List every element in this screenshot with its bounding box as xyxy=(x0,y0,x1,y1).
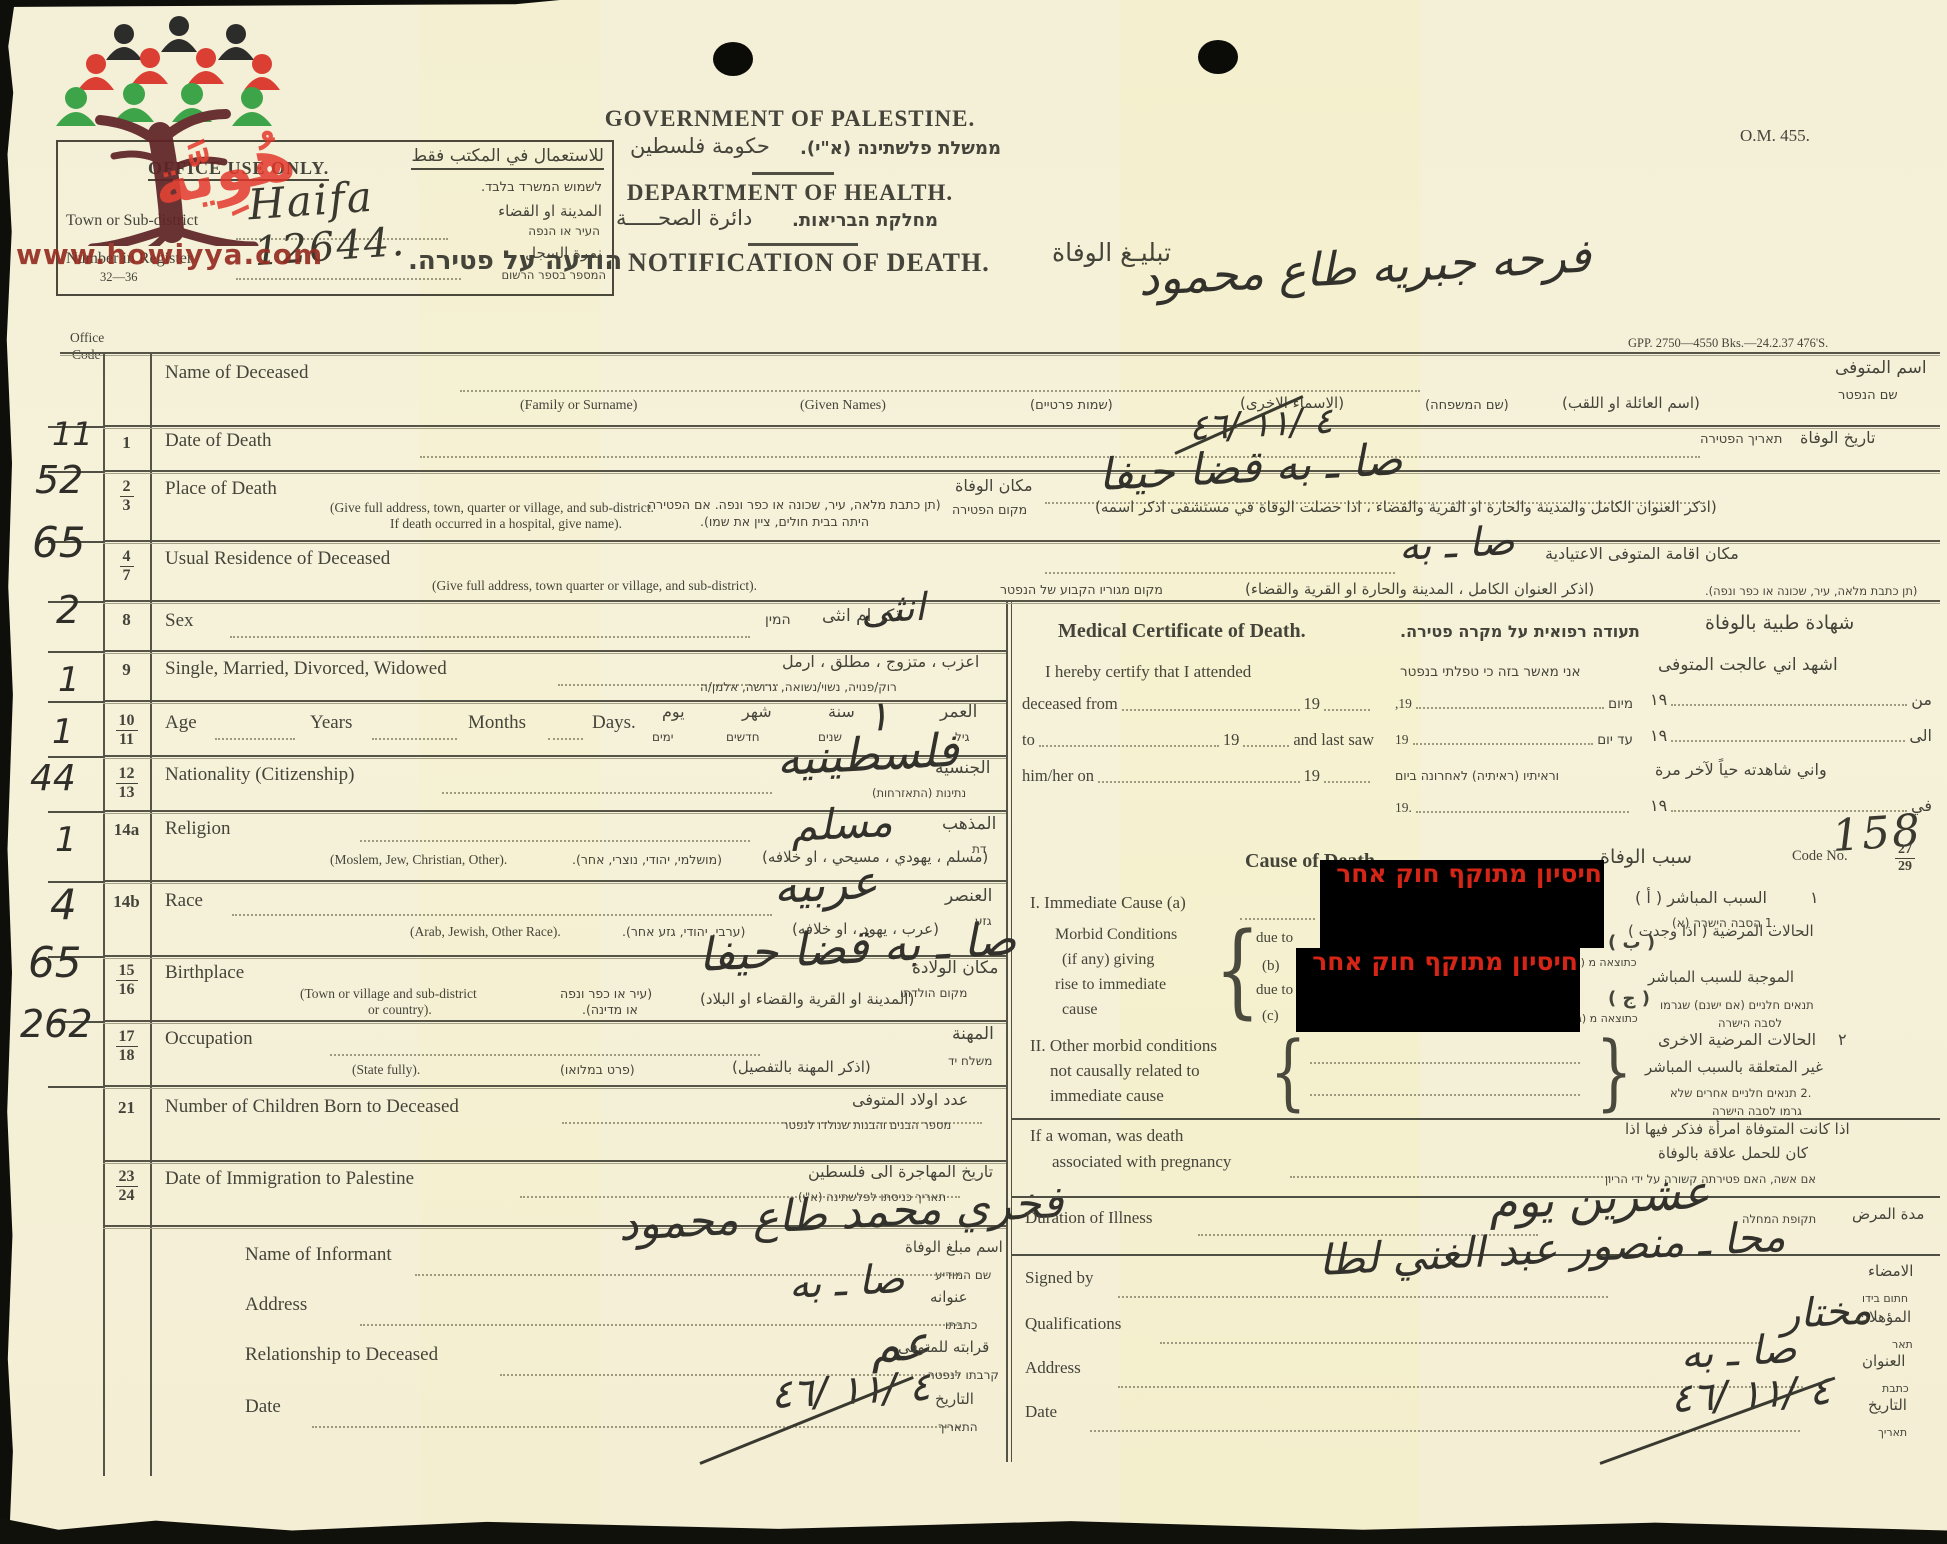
informant-address-label-ar: عنوانه xyxy=(930,1288,968,1306)
row-number: 12 13 xyxy=(103,765,150,802)
med-from-label-he: מיום xyxy=(1608,696,1633,712)
med-certify-ar: اشهد اني عالجت المتوفى xyxy=(1658,655,1838,675)
qualifications-label-en: Qualifications xyxy=(1025,1314,1121,1334)
age-day-ar: يوم xyxy=(662,702,685,721)
med-from-row-en: deceased from 19 xyxy=(1022,694,1374,714)
occupation-sub-ar: (اذكر المهنة بالتفصيل) xyxy=(732,1058,871,1076)
race-value: عربيه xyxy=(772,855,879,914)
name-sub-family-en: (Family or Surname) xyxy=(520,398,637,414)
residence-value: صا ـ به xyxy=(1398,518,1516,570)
margin-sep xyxy=(48,701,103,703)
name-sub-family-he: (שם המשפחה) xyxy=(1425,398,1509,413)
woman-label-ar-1: اذا كانت المتوفاة امرأة فذكر فيها اذا xyxy=(1625,1120,1850,1138)
religion-label-he: דת xyxy=(972,842,986,856)
nationality-line xyxy=(442,792,772,794)
med-to-label-en: to xyxy=(1022,730,1035,750)
med-him-19: 19 xyxy=(1304,766,1321,786)
register-label-he: המספר בספר הרשום xyxy=(502,268,606,282)
other-morbid-he-1: .2 תנאים חלניים אחרים שלא xyxy=(1670,1086,1811,1100)
age-line xyxy=(548,738,583,740)
residence-label-ar: مكان اقامة المتوفى الاعتيادية xyxy=(1545,544,1739,563)
dotted-fill xyxy=(1416,697,1604,709)
torn-edge-bottom xyxy=(0,1518,1947,1544)
woman-label-en-2: associated with pregnancy xyxy=(1052,1152,1231,1172)
row-number-bottom: 24 xyxy=(103,1187,150,1205)
birthplace-sub-he-2: או מדינה). xyxy=(582,1002,638,1017)
morbid-he-1: תנאים חלניים (אם ישנם) שגרמו xyxy=(1660,998,1814,1012)
form-title-en: NOTIFICATION OF DEATH. xyxy=(628,248,990,278)
dotted-fill xyxy=(1671,694,1907,706)
code-usual-residence: 65 xyxy=(32,518,85,567)
code-birthplace: 65 xyxy=(28,938,81,987)
age-line xyxy=(372,738,457,740)
divider-rule xyxy=(752,172,834,175)
name-sub-given-en: (Given Names) xyxy=(800,398,886,414)
divider-rule xyxy=(748,243,858,246)
cause-code-fraction: 27 29 xyxy=(1885,842,1925,875)
sex-label-he: המין xyxy=(765,612,791,628)
row-number: 14b xyxy=(103,892,150,912)
informant-date-value: ٤ /١١ /٤٦ xyxy=(770,1364,932,1418)
med-to-label-he: עד יום xyxy=(1597,732,1633,748)
code-marital: 1 xyxy=(58,660,80,700)
sex-label-en: Sex xyxy=(165,610,194,632)
med-to-19-ar: ١٩ xyxy=(1650,726,1667,745)
table-vline xyxy=(103,352,105,1476)
name-line xyxy=(460,390,1420,392)
med-certify-en: I hereby certify that I attended xyxy=(1045,662,1251,682)
row-number-top: 12 xyxy=(116,765,138,784)
dotted-fill xyxy=(1413,733,1594,745)
nationality-value: فلسطينيه xyxy=(775,723,960,786)
name-label-ar: اسم المتوفى xyxy=(1835,358,1927,378)
age-years-en: Years xyxy=(310,712,352,734)
immediate-cause-label-ar: السبب المباشر ( أ ) xyxy=(1635,888,1767,907)
morbid-en-4: cause xyxy=(1062,1001,1098,1019)
row-number: 17 18 xyxy=(103,1028,150,1065)
morbid-ar-1: الحالات المرضية ( اذا وجدت ) xyxy=(1628,922,1814,940)
row-number: 14a xyxy=(103,820,150,840)
age-days-en: Days. xyxy=(592,712,636,734)
age-day-he: ימים xyxy=(652,730,673,744)
morbid-en-2: (if any) giving xyxy=(1062,951,1154,969)
panel-vline-inner xyxy=(1011,600,1012,1462)
redaction-text-1: חיסיון מתוקף חוק אחר xyxy=(1320,860,1604,887)
code-occupation: 262 xyxy=(20,1002,93,1046)
other-morbid-he-2: גרמו לסבה הישרה xyxy=(1712,1104,1802,1118)
children-label-en: Number of Children Born to Deceased xyxy=(165,1096,459,1118)
residence-sub-en: (Give full address, town quarter or vill… xyxy=(432,578,757,594)
date-of-death-line xyxy=(420,456,1700,458)
dotted-fill xyxy=(1324,771,1370,783)
occupation-label-ar: المهنة xyxy=(952,1024,994,1044)
age-month-ar: شهر xyxy=(742,702,772,721)
residence-sub-he: (תן כתבת מלאה, עיר, שכונה או כפר ונפה). xyxy=(1705,584,1917,598)
children-label-he: מספר הבנים והבנות שנולדו לנפטר xyxy=(782,1118,951,1132)
punch-hole xyxy=(1198,40,1238,74)
row-number: 8 xyxy=(103,610,150,630)
immediate-cause-label-en: I. Immediate Cause (a) xyxy=(1030,893,1186,913)
informant-address-value: صا ـ به xyxy=(788,1256,906,1308)
religion-value: مسلم xyxy=(789,797,893,851)
place-of-death-label-he: מקום הפטירה xyxy=(952,502,1027,517)
dotted-fill xyxy=(1416,801,1629,813)
register-label-ar: نمرة السجل xyxy=(525,244,602,262)
race-sub-en: (Arab, Jewish, Other Race). xyxy=(410,924,561,940)
name-sub-given-he: (שמות פרטיים) xyxy=(1030,398,1113,413)
redaction-text-2: חיסיון מתוקף חוק אחר xyxy=(1296,948,1580,975)
informant-name-label-he: שם המודיע xyxy=(935,1268,991,1282)
morbid-en-1: Morbid Conditions xyxy=(1055,926,1177,944)
other-morbid-ar-1: الحالات المرضية الاخرى xyxy=(1658,1030,1816,1049)
c-label: (c) xyxy=(1262,1008,1279,1025)
om-number: O.M. 455. xyxy=(1740,126,1810,146)
other-morbid-ar-2: غير المتعلقة بالسبب المباشر xyxy=(1645,1058,1823,1076)
place-sub-en-1: (Give full address, town, quarter or vil… xyxy=(330,500,654,516)
woman-label-ar-2: كان للحمل علاقة بالوفاة xyxy=(1658,1144,1808,1162)
town-label-ar: المدينة او القضاء xyxy=(498,202,602,220)
name-label-en: Name of Deceased xyxy=(165,362,308,384)
b-label: (b) xyxy=(1262,958,1280,975)
birthplace-label-he: מקום הולדתו xyxy=(900,986,967,1000)
date-of-death-label-ar: تاريخ الوفاة xyxy=(1800,428,1875,447)
dotted-fill xyxy=(1243,735,1289,747)
dotted-fill xyxy=(1671,730,1905,742)
doctor-address-label-ar: العنوان xyxy=(1862,1352,1905,1370)
signed-label-ar: الامضاء xyxy=(1868,1262,1913,1280)
other-morbid-num-ar: ٢ xyxy=(1838,1030,1847,1049)
date-of-death-label-en: Date of Death xyxy=(165,430,272,452)
duration-label-en: Duration of Illness xyxy=(1025,1208,1152,1228)
med-certify-he: אני מאשר בזה כי טפלתי בנפטר xyxy=(1400,664,1581,680)
row-number-top: 2 xyxy=(120,478,134,497)
relationship-label-en: Relationship to Deceased xyxy=(245,1344,438,1366)
occupation-label-he: משלח יד xyxy=(948,1054,992,1068)
gov-title-ar: حكومة فلسطين xyxy=(630,134,770,158)
row-number: 2 3 xyxy=(103,478,150,515)
age-label-ar: العمر xyxy=(940,702,977,722)
age-label-en: Age xyxy=(165,712,197,734)
informant-name-label-ar: اسم مبلغ الوفاة xyxy=(905,1238,1003,1256)
row-number-top: 17 xyxy=(116,1028,138,1047)
place-of-death-label-en: Place of Death xyxy=(165,478,277,500)
woman-label-en-1: If a woman, was death xyxy=(1030,1126,1183,1146)
name-label-he: שם הנפטר xyxy=(1838,388,1898,403)
relationship-label-ar: قرابته للمتوفى xyxy=(898,1338,989,1356)
people-black xyxy=(106,16,254,60)
med-from-19-he: 19, xyxy=(1395,696,1412,712)
med-him-19-row-he: .19 xyxy=(1395,800,1633,816)
row-number: 21 xyxy=(103,1098,150,1118)
race-label-en: Race xyxy=(165,890,203,912)
residence-label-en: Usual Residence of Deceased xyxy=(165,548,390,570)
code-nationality: 44 xyxy=(30,758,76,799)
occupation-label-en: Occupation xyxy=(165,1028,253,1050)
row-sep xyxy=(103,425,1940,429)
doctor-date-value: ٤ /١١ /٤٦ xyxy=(1670,1368,1832,1422)
qualifications-label-he: תאר xyxy=(1892,1338,1913,1351)
code-race: 4 xyxy=(50,880,77,929)
other-morbid-en-3: immediate cause xyxy=(1050,1086,1164,1106)
immediate-cause-num-ar: ١ xyxy=(1810,888,1819,907)
row-number-bottom: 11 xyxy=(103,731,150,749)
row-number-top: 15 xyxy=(116,962,138,981)
due-to-b-label: due to xyxy=(1256,930,1293,947)
death-notification-scan: هُوِيَّة www.howiyya.com GOVERNMENT OF P… xyxy=(0,0,1947,1544)
row-number: 1 xyxy=(103,433,150,453)
row-sep xyxy=(103,600,1940,604)
redaction-box-1: חיסיון מתוקף חוק אחר xyxy=(1320,860,1604,948)
signed-label-en: Signed by xyxy=(1025,1268,1093,1288)
race-label-ar: العنصر xyxy=(945,886,992,906)
row-number: 15 16 xyxy=(103,962,150,999)
med-him-row-en: him/her on 19 xyxy=(1022,766,1374,786)
other-morbid-en-2: not causally related to xyxy=(1050,1061,1200,1081)
register-line xyxy=(236,278,461,280)
row-sep xyxy=(103,1020,1006,1024)
med-him-19-ar: ١٩ xyxy=(1650,796,1667,815)
med-him-label-en: him/her on xyxy=(1022,766,1094,786)
signed-line xyxy=(1118,1296,1608,1298)
doctor-date-label-he: תאריך xyxy=(1878,1426,1907,1439)
place-sub-en-2: If death occurred in a hospital, give na… xyxy=(390,516,622,532)
race-line xyxy=(232,914,772,916)
med-from-row-he: מיום 19, xyxy=(1395,696,1633,712)
med-from-label-en: deceased from xyxy=(1022,694,1118,714)
med-to-19-he: 19 xyxy=(1395,732,1409,748)
dept-title-ar: دائرة الصحـــــة xyxy=(616,206,752,230)
cause-code-label: Code No. xyxy=(1792,848,1848,865)
religion-label-en: Religion xyxy=(165,818,230,840)
religion-sub-he: (מושלמי, יהודי, נוצרי, אחר). xyxy=(572,852,722,867)
doctor-date-label-en: Date xyxy=(1025,1402,1057,1422)
med-from-19-ar: ١٩ xyxy=(1650,690,1667,709)
birthplace-sub-en-2: or country). xyxy=(368,1002,432,1018)
gov-title-en: GOVERNMENT OF PALESTINE. xyxy=(500,106,1080,132)
row-number-bottom: 16 xyxy=(103,981,150,999)
marital-label-en: Single, Married, Divorced, Widowed xyxy=(165,658,447,680)
other-morbid-line xyxy=(1310,1062,1580,1064)
age-months-en: Months xyxy=(468,712,526,734)
med-him-label-ar: واني شاهدته حياً لآخر مرة xyxy=(1655,760,1827,779)
dotted-fill xyxy=(1039,735,1219,747)
nationality-label-ar: الجنسية xyxy=(935,758,990,778)
informant-address-label-he: כתבתו xyxy=(945,1318,977,1332)
dotted-fill xyxy=(1122,699,1300,711)
due-to-c-label: due to xyxy=(1256,982,1293,999)
birthplace-sub-en-1: (Town or village and sub-district xyxy=(300,986,477,1002)
med-title-he: תעודה רפואית על מקרה פטירה. xyxy=(1400,622,1640,641)
med-to-row-en: to 19 and last saw xyxy=(1022,730,1374,750)
occupation-sub-en: (State fully). xyxy=(352,1062,420,1078)
place-sub-he-1: (תן כתבת מלאה, עיר, שכונה או כפר ונפה. א… xyxy=(648,497,941,512)
religion-sub-en: (Moslem, Jew, Christian, Other). xyxy=(330,852,507,868)
row-number-bottom: 7 xyxy=(103,567,150,585)
age-month-he: חדשים xyxy=(726,730,760,744)
office-use-label-he: לשמוש המשרד בלבד. xyxy=(481,180,602,195)
morbid-he-c: כתוצאה מ (ג) xyxy=(1573,1012,1638,1025)
morbid-ar-b: ( ب ) xyxy=(1608,932,1655,953)
brace-left: { xyxy=(1215,920,1260,1022)
informant-name-label-en: Name of Informant xyxy=(245,1244,392,1266)
row-number-top: 4 xyxy=(120,548,134,567)
med-to-label-ar: الى xyxy=(1909,726,1932,745)
qualifications-line xyxy=(1160,1342,1760,1344)
redaction-box-2: חיסיון מתוקף חוק אחר xyxy=(1296,948,1580,1032)
panel-sep xyxy=(1012,1196,1940,1198)
code-religion: 1 xyxy=(55,820,77,860)
med-title-ar: شهادة طبية بالوفاة xyxy=(1705,612,1854,634)
code-place-of-death: 52 xyxy=(35,458,83,502)
place-of-death-label-ar: مكان الوفاة xyxy=(955,476,1033,495)
doctor-date-label-ar: التاريخ xyxy=(1868,1396,1907,1414)
med-from-row-ar: من ١٩ xyxy=(1650,690,1932,709)
cause-title-ar: سبب الوفاة xyxy=(1600,846,1692,868)
dotted-fill xyxy=(1324,699,1370,711)
med-him-19-he: .19 xyxy=(1395,800,1412,816)
other-morbid-en-1: II. Other morbid conditions xyxy=(1030,1036,1217,1056)
residence-sub-ar: (اذكر العنوان الكامل ، المدينة والحارة ا… xyxy=(1245,580,1594,598)
birthplace-sub-ar: (المدينة او القرية والقضاء او البلاد) xyxy=(700,990,914,1008)
age-year-ar: سنة xyxy=(828,702,855,721)
row-sep xyxy=(103,1085,1006,1089)
place-sub-he-2: היתה בבית חולים, ציין את שמו). xyxy=(700,514,869,529)
morbid-he-2: לסבה הישרה xyxy=(1718,1016,1782,1030)
place-of-death-value: صا ـ به قضا حيفا xyxy=(1097,434,1403,501)
informant-date-label-en: Date xyxy=(245,1396,281,1418)
duration-label-ar: مدة المرض xyxy=(1852,1205,1924,1223)
qualifications-label-ar: المؤهلات xyxy=(1855,1308,1911,1326)
cause-code-top: 27 xyxy=(1895,842,1915,859)
name-value-handwritten: فرحه جبريه طاع محمود xyxy=(1137,228,1592,306)
row-number: 10 11 xyxy=(103,712,150,749)
med-from-19: 19 xyxy=(1304,694,1321,714)
age-line xyxy=(215,738,295,740)
row-number: 4 7 xyxy=(103,548,150,585)
med-him-label-he: וראיתיו (ראיתיה) לאחרונה ביום xyxy=(1395,768,1559,783)
birthplace-sub-he-1: (עיר או כפר ונפה xyxy=(560,986,652,1001)
informant-date-label-he: התאריך xyxy=(938,1420,978,1434)
row-sep xyxy=(103,470,1940,474)
relationship-label-he: קרבתו לנפטר xyxy=(928,1368,999,1382)
other-morbid-line xyxy=(1310,1094,1580,1096)
row-number-top: 10 xyxy=(116,712,138,731)
print-reference: GPP. 2750—4550 Bks.—24.2.37 476'S. xyxy=(1628,336,1828,351)
med-lastsaw-en: and last saw xyxy=(1293,730,1374,750)
religion-line xyxy=(360,840,750,842)
gov-title-he: ממשלת פלשתינה (א"י). xyxy=(800,138,1001,159)
morbid-ar-c: ( ج ) xyxy=(1608,988,1650,1009)
sex-value: انثى xyxy=(860,585,926,632)
row-number-bottom: 13 xyxy=(103,784,150,802)
torn-edge-left xyxy=(0,0,15,1544)
margin-sep xyxy=(48,811,103,813)
watermark-url: www.howiyya.com xyxy=(16,238,323,271)
med-to-row-ar: الى ١٩ xyxy=(1650,726,1932,745)
med-from-label-ar: من xyxy=(1911,690,1932,709)
immigration-label-ar: تاريخ المهاجرة الى فلسطين xyxy=(808,1162,993,1181)
margin-sep xyxy=(48,651,103,653)
nationality-label-en: Nationality (Citizenship) xyxy=(165,764,354,786)
doctor-address-label-he: כתבת xyxy=(1882,1382,1909,1395)
row-number: 9 xyxy=(103,660,150,680)
med-to-19: 19 xyxy=(1223,730,1240,750)
occupation-line xyxy=(330,1054,760,1056)
row-number-top: 23 xyxy=(116,1168,138,1187)
panel-vline xyxy=(1006,600,1008,1462)
brace-right: } xyxy=(1596,1032,1633,1114)
table-vline xyxy=(150,352,152,1476)
office-use-label-ar: للاستعمال في المكتب فقط xyxy=(411,146,604,170)
code-date-of-death: 11 xyxy=(52,415,93,453)
name-sub-family-ar: (اسم العائلة او اللقب) xyxy=(1562,394,1700,412)
occupation-sub-he: (פרט במלואו) xyxy=(560,1062,635,1077)
immigration-label-en: Date of Immigration to Palestine xyxy=(165,1168,414,1190)
religion-label-ar: المذهب xyxy=(942,814,996,834)
date-of-death-label-he: תאריך הפטירה xyxy=(1700,432,1782,447)
birthplace-label-ar: مكان الولادة xyxy=(912,958,998,978)
place-sub-ar: (اذكر العنوان الكامل والمدينة والحارة او… xyxy=(1095,498,1717,516)
code-age: 1 xyxy=(52,712,74,752)
children-label-ar: عدد اولاد المتوفى xyxy=(852,1090,968,1109)
punch-hole xyxy=(713,42,753,76)
marital-label-ar: اعزب ، متزوج ، مطلق ، ارمل xyxy=(782,652,979,671)
howiyya-watermark: هُوِيَّة www.howiyya.com xyxy=(14,6,344,276)
med-title-en: Medical Certificate of Death. xyxy=(1058,620,1306,643)
morbid-ar-2: الموجبة للسبب المباشر xyxy=(1648,968,1794,986)
birthplace-label-en: Birthplace xyxy=(165,962,244,984)
table-top-rule xyxy=(60,352,1940,356)
sex-line xyxy=(230,636,750,638)
informant-address-label-en: Address xyxy=(245,1294,307,1316)
office-code-label-1: Office xyxy=(70,330,104,346)
code-sex: 2 xyxy=(56,588,80,632)
row-number-bottom: 3 xyxy=(103,497,150,515)
town-label-he: העיר או הנפה xyxy=(528,224,600,238)
residence-label-he: מקום מגוריו הקבוע של הנפטר xyxy=(1000,582,1163,597)
informant-date-line xyxy=(312,1426,960,1428)
doctor-address-label-en: Address xyxy=(1025,1358,1081,1378)
dotted-fill xyxy=(1098,771,1300,783)
margin-sep xyxy=(48,1086,103,1088)
row-number-bottom: 18 xyxy=(103,1047,150,1065)
residence-line xyxy=(1045,572,1395,574)
informant-date-label-ar: التاريخ xyxy=(935,1390,974,1408)
med-to-row-he: עד יום 19 xyxy=(1395,732,1633,748)
people-red xyxy=(78,48,280,90)
row-number: 23 24 xyxy=(103,1168,150,1205)
morbid-en-3: rise to immediate xyxy=(1055,976,1166,994)
dept-title-he: מחלקת הבריאות. xyxy=(792,210,938,231)
cause-code-bottom: 29 xyxy=(1885,859,1925,875)
brace-left: { xyxy=(1270,1032,1307,1114)
